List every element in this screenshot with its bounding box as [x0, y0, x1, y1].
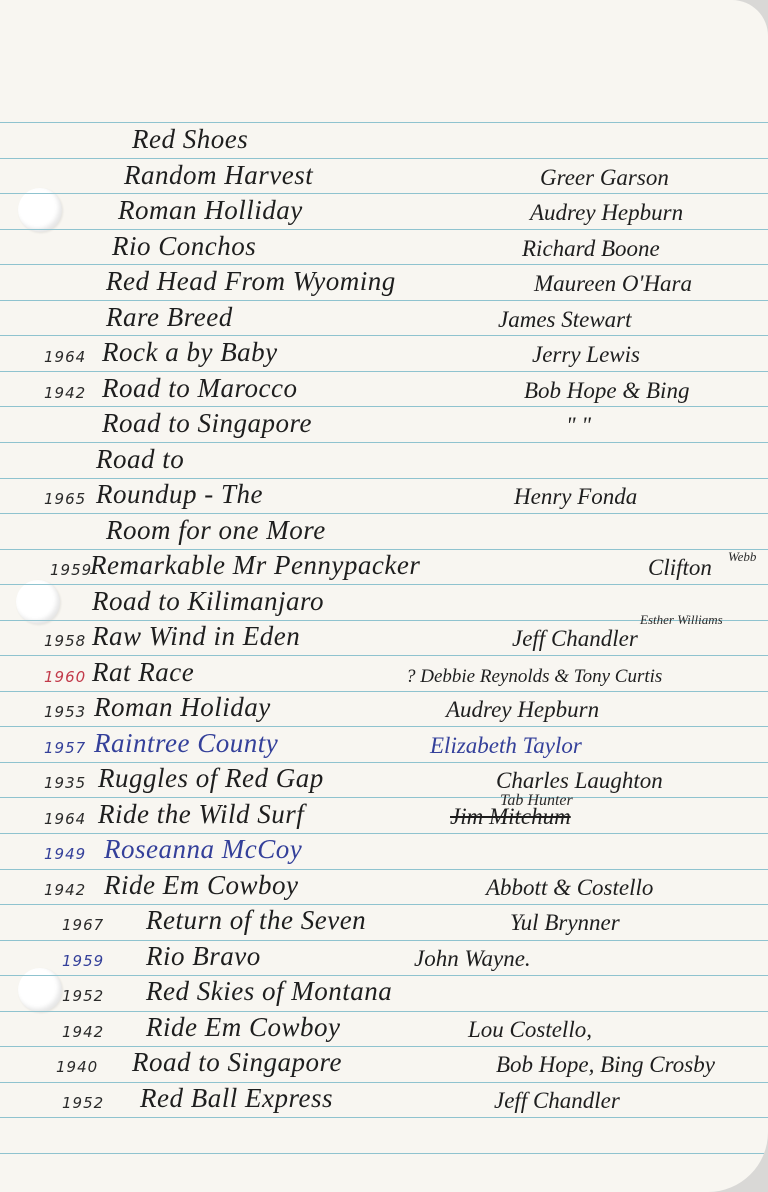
entry-title: Roundup - The — [96, 479, 263, 510]
entry-title: Ride Em Cowboy — [104, 870, 298, 901]
entry-year: 1935 — [44, 774, 86, 792]
entry-year: 1964 — [44, 810, 86, 828]
list-item: 1942 Ride Em Cowboy Lou Costello, — [0, 1011, 768, 1045]
entry-year: 1949 — [44, 845, 86, 863]
entry-title: Remarkable Mr Pennypacker — [90, 550, 420, 581]
entry-actor: Audrey Hepburn — [446, 697, 599, 723]
list-item: 1935 Ruggles of Red Gap Charles Laughton — [0, 762, 768, 796]
ruled-line — [0, 1153, 768, 1154]
entry-title: Red Head From Wyoming — [106, 266, 396, 297]
entry-note: Esther Williams — [640, 612, 723, 628]
entry-title: Ride Em Cowboy — [146, 1012, 340, 1043]
entry-title: Road to Singapore — [102, 408, 312, 439]
entry-actor: Abbott & Costello — [486, 875, 653, 901]
entry-title: Rock a by Baby — [102, 337, 278, 368]
entry-actor: ? Debbie Reynolds & Tony Curtis — [406, 666, 662, 688]
entry-title: Red Shoes — [132, 124, 248, 155]
list-item: 1960 Rat Race ? Debbie Reynolds & Tony C… — [0, 656, 768, 690]
entry-title: Road to Singapore — [132, 1047, 342, 1078]
entry-title: Ruggles of Red Gap — [98, 763, 324, 794]
entry-year: 1940 — [56, 1058, 98, 1076]
list-item: Road to — [0, 443, 768, 477]
entry-year: 1942 — [44, 384, 86, 402]
list-item: 1957 Raintree County Elizabeth Taylor — [0, 727, 768, 761]
notebook-page: Red Shoes Random Harvest Greer Garson Ro… — [0, 0, 768, 1192]
entry-title: Roman Holiday — [94, 692, 271, 723]
entry-year: 1960 — [44, 668, 86, 686]
entry-title: Road to Marocco — [102, 373, 297, 404]
entry-actor: Clifton — [648, 555, 712, 581]
list-item: 1953 Roman Holiday Audrey Hepburn — [0, 691, 768, 725]
list-item: 1952 Red Ball Express Jeff Chandler — [0, 1082, 768, 1116]
entry-actor: Lou Costello, — [468, 1017, 592, 1043]
entry-title: Red Ball Express — [140, 1083, 333, 1114]
entry-actor: " " — [566, 413, 591, 439]
list-item: Red Head From Wyoming Maureen O'Hara — [0, 265, 768, 299]
entry-year: 1965 — [44, 490, 86, 508]
entry-year: 1957 — [44, 739, 86, 757]
entry-title: Random Harvest — [124, 160, 313, 191]
entry-year: 1952 — [62, 1094, 104, 1112]
list-item: 1964 Rock a by Baby Jerry Lewis — [0, 336, 768, 370]
entry-title: Rat Race — [92, 657, 194, 688]
entry-actor: Greer Garson — [540, 165, 669, 191]
list-item: 1952 Red Skies of Montana — [0, 975, 768, 1009]
entry-year: 1942 — [62, 1023, 104, 1041]
entry-actor: Charles Laughton — [496, 768, 663, 794]
entry-actor: Jeff Chandler — [512, 626, 638, 652]
entry-title: Roseanna McCoy — [104, 834, 302, 865]
entry-actor: Bob Hope & Bing — [524, 378, 689, 404]
list-item: 1964 Ride the Wild Surf Jim Mitchum Tab … — [0, 798, 768, 832]
entry-title: Roman Holliday — [118, 195, 303, 226]
list-item: Rio Conchos Richard Boone — [0, 230, 768, 264]
list-item: Rare Breed James Stewart — [0, 301, 768, 335]
entry-title: Rio Conchos — [112, 231, 256, 262]
entry-title: Road to — [96, 444, 184, 475]
list-item: 1949 Roseanna McCoy — [0, 833, 768, 867]
entry-title: Rare Breed — [106, 302, 233, 333]
entry-actor: Bob Hope, Bing Crosby — [496, 1052, 715, 1078]
list-item: Roman Holliday Audrey Hepburn — [0, 194, 768, 228]
entry-actor: James Stewart — [498, 307, 632, 333]
entry-year: 1964 — [44, 348, 86, 366]
list-item: Room for one More — [0, 514, 768, 548]
entry-title: Red Skies of Montana — [146, 976, 392, 1007]
entry-actor: Elizabeth Taylor — [430, 733, 582, 759]
ruled-line — [0, 1117, 768, 1118]
list-item: 1940 Road to Singapore Bob Hope, Bing Cr… — [0, 1046, 768, 1080]
list-item: 1967 Return of the Seven Yul Brynner — [0, 904, 768, 938]
list-item: 1942 Ride Em Cowboy Abbott & Costello — [0, 869, 768, 903]
entry-year: 1959 — [50, 561, 92, 579]
entry-year: 1942 — [44, 881, 86, 899]
entry-title: Raw Wind in Eden — [92, 621, 300, 652]
entry-actor: Richard Boone — [522, 236, 660, 262]
list-item: 1959 Rio Bravo John Wayne. — [0, 940, 768, 974]
entry-note: Webb — [728, 549, 756, 565]
entry-actor: Henry Fonda — [514, 484, 637, 510]
entry-title: Road to Kilimanjaro — [92, 586, 324, 617]
entry-year: 1967 — [62, 916, 104, 934]
list-item: 1958 Raw Wind in Eden Jeff Chandler Esth… — [0, 620, 768, 654]
entry-actor: Audrey Hepburn — [530, 200, 683, 226]
list-item: Road to Singapore " " — [0, 407, 768, 441]
entry-title: Ride the Wild Surf — [98, 799, 304, 830]
entry-year: 1953 — [44, 703, 86, 721]
entry-year: 1959 — [62, 952, 104, 970]
entry-note: Tab Hunter — [500, 792, 573, 810]
list-item: 1959 Remarkable Mr Pennypacker Clifton W… — [0, 549, 768, 583]
entry-title: Room for one More — [106, 515, 326, 546]
entry-actor: Jeff Chandler — [494, 1088, 620, 1114]
entry-title: Return of the Seven — [146, 905, 366, 936]
entry-actor: Yul Brynner — [510, 910, 620, 936]
entry-year: 1952 — [62, 987, 104, 1005]
entry-title: Raintree County — [94, 728, 278, 759]
list-item: 1965 Roundup - The Henry Fonda — [0, 478, 768, 512]
entry-title: Rio Bravo — [146, 941, 261, 972]
entry-year: 1958 — [44, 632, 86, 650]
entry-actor: Maureen O'Hara — [534, 271, 692, 297]
entry-actor: Jerry Lewis — [532, 342, 640, 368]
list-item: Random Harvest Greer Garson — [0, 159, 768, 193]
entry-actor: John Wayne. — [414, 946, 531, 972]
list-item: 1942 Road to Marocco Bob Hope & Bing — [0, 372, 768, 406]
list-item: Red Shoes — [0, 123, 768, 157]
